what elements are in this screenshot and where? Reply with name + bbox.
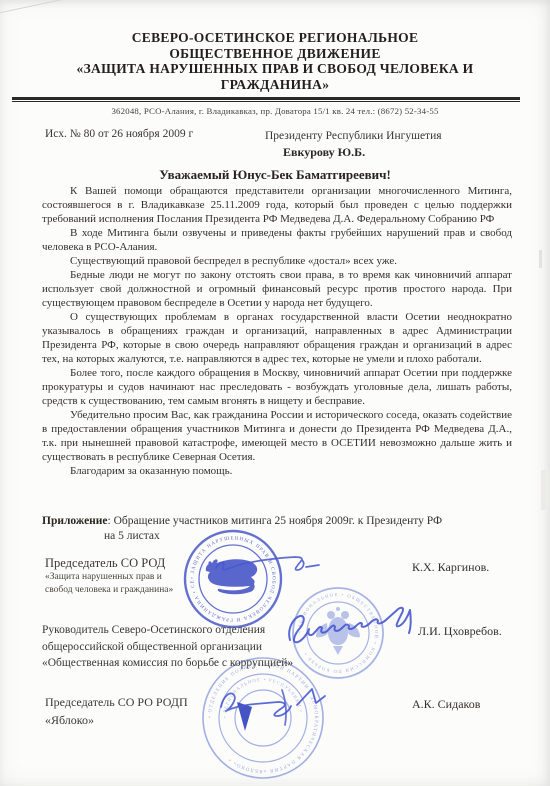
signatory-1-post: Председатель СО РОД	[45, 556, 173, 571]
stamp3-outer-ring-text: • ОТДЕЛЕНИЕ ПОЛИТИЧЕСКОЙ ПАРТИИ • ДЕМОКР…	[208, 663, 318, 773]
signature-sidakov-flourish	[297, 689, 325, 705]
letterhead-address: 362048, РСО-Алания, г. Владикавказ, пр. …	[0, 106, 550, 116]
signatory-3-org-line: «Яблоко»	[45, 712, 188, 730]
signatory-1-org-line: свобод человека и гражданина»	[45, 584, 173, 597]
scan-artifact-line	[0, 0, 66, 15]
signatory-2-org-line: общероссийской общественной организации	[42, 639, 293, 656]
attachment-text: : Обращение участников митинга 25 ноября…	[108, 515, 443, 527]
org-name-line: СЕВЕРО-ОСЕТИНСКОЕ РЕГИОНАЛЬНОЕ	[0, 30, 550, 46]
paragraph: Более того, после каждого обращения в Мо…	[42, 366, 512, 408]
org-name-line: «ЗАЩИТА НАРУШЕННЫХ ПРАВ И СВОБОД ЧЕЛОВЕК…	[0, 61, 550, 77]
signatory-2-title: Руководитель Северо-Осетинского отделени…	[42, 622, 293, 672]
svg-text:• ОТДЕЛЕНИЕ ПОЛИТИЧЕСКОЙ ПАРТИ: • ОТДЕЛЕНИЕ ПОЛИТИЧЕСКОЙ ПАРТИИ • ДЕМОКР…	[208, 663, 318, 773]
signature-karginov	[216, 557, 304, 570]
signature-tskhovrebov	[289, 608, 410, 642]
signature-sidakov-downstroke	[282, 690, 286, 725]
paragraph: Убедительно просим Вас, как гражданина Р…	[42, 408, 512, 464]
signatory-2-post: Руководитель Северо-Осетинского отделени…	[42, 622, 293, 639]
scanned-letter-page: { "letterhead": { "org_lines": [ "СЕВЕРО…	[0, 0, 550, 786]
signatory-2-name: Л.И. Цховребов.	[418, 624, 502, 639]
paragraph: Бедные люди не могут по закону отстоять …	[42, 268, 512, 310]
scan-artifact-smudge	[541, 470, 546, 510]
recipient-title: Президенту Республики Ингушетия	[265, 128, 442, 144]
attachment-line1: Приложение: Обращение участников митинга…	[42, 514, 512, 529]
attachment-label: Приложение	[42, 515, 108, 527]
svg-text:• РЕГИОНАЛЬНОЕ • РЕСПУБЛИКИ •: • РЕГИОНАЛЬНОЕ • РЕСПУБЛИКИ •	[222, 677, 304, 718]
signatory-3-title: Председатель СО РО РОДП «Яблоко»	[45, 694, 188, 729]
signatory-3-name: А.К. Сидаков	[412, 697, 480, 712]
paragraph: В ходе Митинга были озвучены и приведены…	[42, 226, 512, 254]
recipient-name: Евкурову Ю.Б.	[283, 144, 442, 160]
signatory-3-post: Председатель СО РО РОДП	[45, 694, 188, 712]
paragraph: Благодарим за оказанную помощь.	[42, 464, 512, 478]
org-name-line: ГРАЖДАНИНА»	[0, 77, 550, 93]
paragraph: Существующий правовой беспредел в респуб…	[42, 254, 512, 268]
salutation: Уважаемый Юнус-Бек Баматгиреевич!	[0, 167, 550, 183]
round-stamp-yabloko: • ОТДЕЛЕНИЕ ПОЛИТИЧЕСКОЙ ПАРТИИ • ДЕМОКР…	[199, 654, 327, 782]
letter-body: К Вашей помощи обращаются представители …	[42, 184, 512, 478]
round-stamp-double-eagle: • РЕГИОНАЛЬНОЕ • ОБЩЕСТВЕННОЙ • КОМИССИЯ…	[290, 585, 386, 681]
signature-karginov-dash	[306, 565, 319, 567]
attachment-note: Приложение: Обращение участников митинга…	[42, 514, 512, 544]
org-name-line: ОБЩЕСТВЕННОЕ ДВИЖЕНИЕ	[0, 46, 550, 62]
signatory-2-org-line: «Общественная комиссия по борьбе с корру…	[42, 655, 293, 672]
paragraph: О существующих проблемам в органах госуд…	[42, 310, 512, 366]
signatory-1-org-line: «Защита нарушенных прав и	[45, 571, 173, 584]
letterhead-org-name: СЕВЕРО-ОСЕТИНСКОЕ РЕГИОНАЛЬНОЕ ОБЩЕСТВЕН…	[0, 30, 550, 92]
signatory-1-title: Председатель СО РОД «Защита нарушенных п…	[45, 556, 173, 596]
svg-text:• РЕГИОНАЛЬНОЕ • ОБЩЕСТВЕННОЙ: • РЕГИОНАЛЬНОЕ • ОБЩЕСТВЕННОЙ • КОМИССИЯ…	[297, 592, 379, 674]
signatory-1-name: К.Х. Каргинов.	[412, 560, 489, 575]
double-headed-eagle-icon	[316, 607, 360, 655]
scan-artifact-smudge	[539, 250, 542, 268]
signature-sidakov	[221, 693, 291, 716]
outgoing-ref-number: Исх. № 80 от 26 ноября 2009 г	[45, 128, 193, 140]
snow-leopard-icon	[206, 559, 257, 594]
recipient-block: Президенту Республики Ингушетия Евкурову…	[265, 128, 442, 160]
stamp2-ring-text: • РЕГИОНАЛЬНОЕ • ОБЩЕСТВЕННОЙ • КОМИССИЯ…	[297, 592, 379, 674]
paragraph: К Вашей помощи обращаются представители …	[42, 184, 512, 226]
attachment-line2: на 5 листах	[104, 529, 512, 544]
stamp3-inner-ring-text: • РЕГИОНАЛЬНОЕ • РЕСПУБЛИКИ •	[222, 677, 304, 718]
letterhead-divider-rule	[12, 97, 520, 102]
yabloko-emblem-icon	[237, 702, 252, 731]
